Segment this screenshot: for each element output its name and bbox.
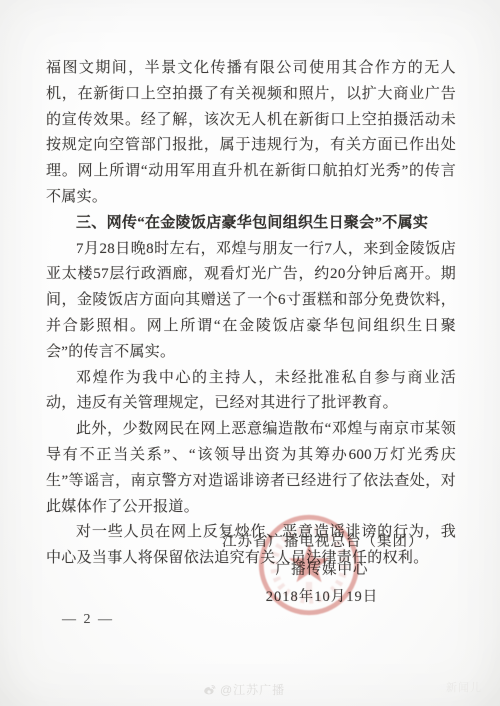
official-red-seal-icon xyxy=(256,512,362,618)
section-heading: 三、网传“在金陵饭店豪华包间组织生日聚会”不属实 xyxy=(46,211,456,237)
scanned-document-page: 福图文期间，半景文化传播有限公司使用其合作方的无人机，在新街口上空拍摄了有关视频… xyxy=(0,0,500,706)
paragraph-continuation: 福图文期间，半景文化传播有限公司使用其合作方的无人机，在新街口上空拍摄了有关视频… xyxy=(46,56,456,211)
paragraph: 此外，少数网民在网上恶意编造散布“邓煌与南京市某领导有不正当关系”、“该领导出资… xyxy=(46,417,456,520)
weibo-watermark-label: @江苏广播 xyxy=(220,681,285,698)
seal-star-icon xyxy=(289,544,329,582)
weibo-watermark: @江苏广播 xyxy=(203,681,285,698)
page-number: — 2 — xyxy=(62,612,114,628)
paragraph: 7月28日晚8时左右，邓煌与朋友一行7人，来到金陵饭店亚太楼57层行政酒廊，观看… xyxy=(46,237,456,366)
paragraph: 邓煌作为我中心的主持人，未经批准私自参与商业活动，违反有关管理规定，已经对其进行… xyxy=(46,366,456,418)
document-body: 福图文期间，半景文化传播有限公司使用其合作方的无人机，在新街口上空拍摄了有关视频… xyxy=(46,56,456,572)
weibo-logo-icon xyxy=(203,683,216,696)
corner-watermark: 新闻儿 xyxy=(446,679,482,695)
